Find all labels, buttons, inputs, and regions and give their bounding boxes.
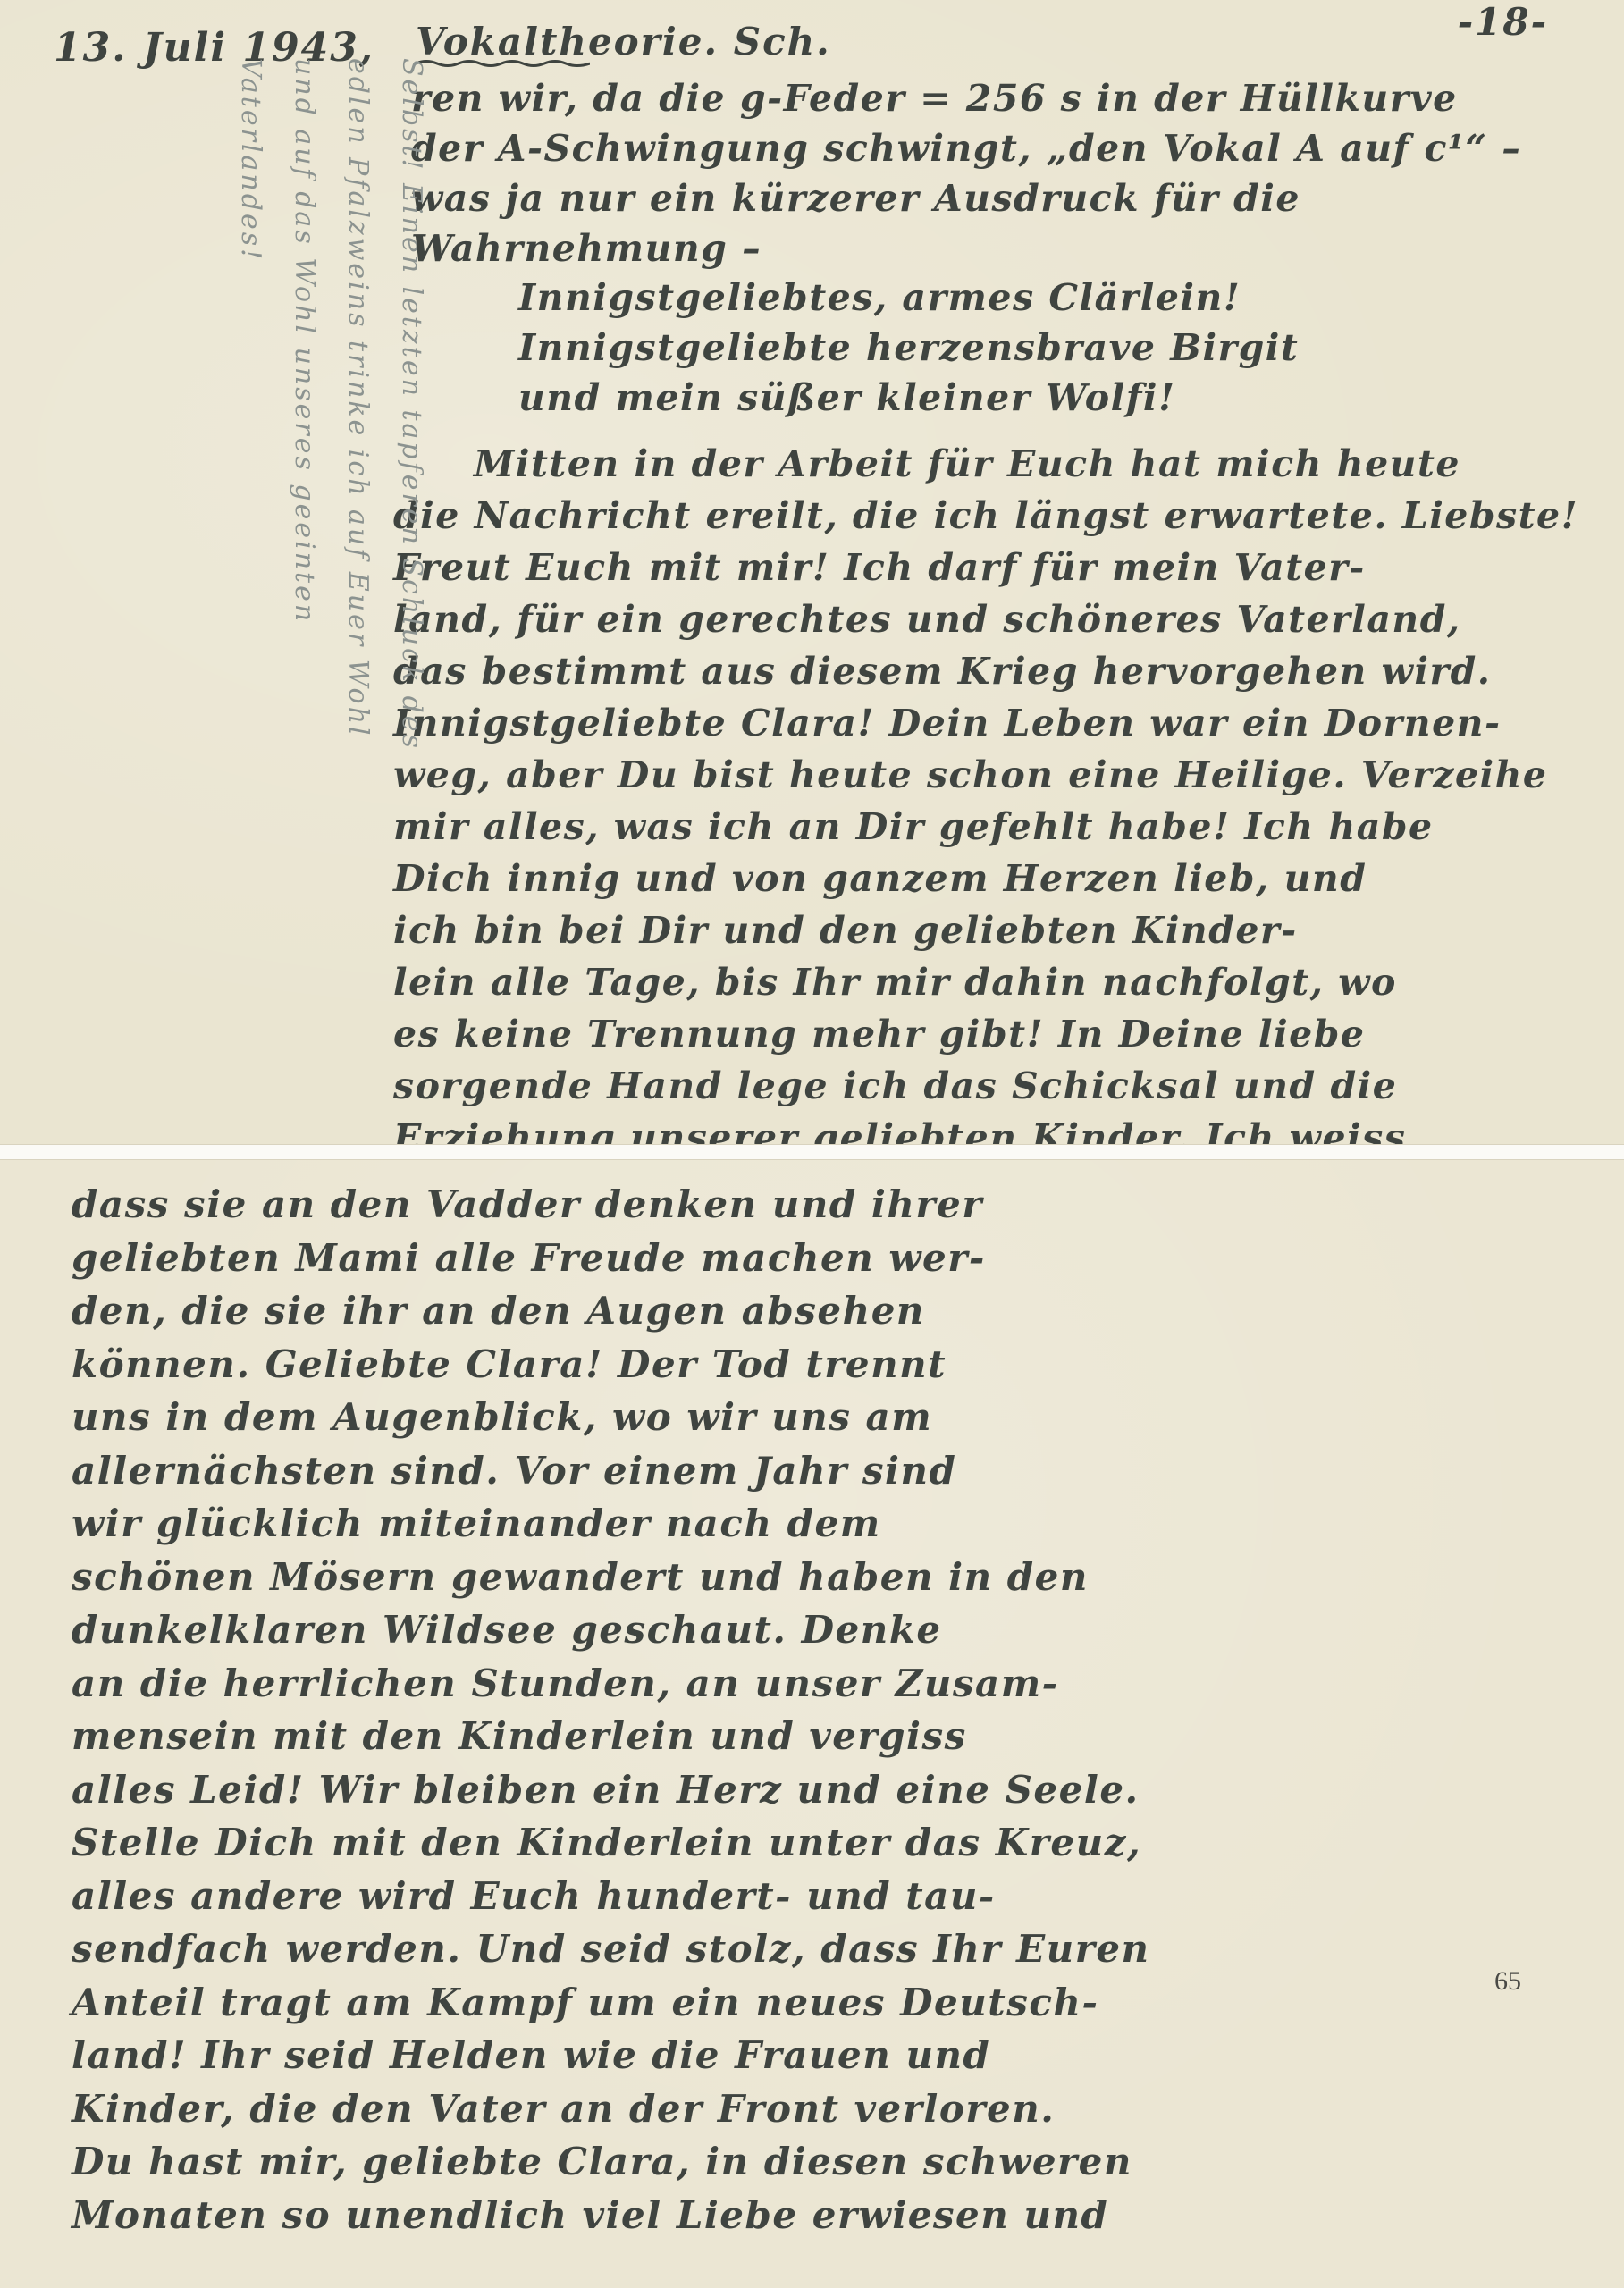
text-line: uns in dem Augenblick, wo wir uns am <box>72 1391 1150 1444</box>
margin-note-line: und auf das Wohl unseres geeinten <box>277 58 331 751</box>
text-line: alles andere wird Euch hundert- und tau- <box>72 1870 1150 1923</box>
text-line: sendfach werden. Und seid stolz, dass Ih… <box>72 1922 1150 1976</box>
text-line: dass sie an den Vadder denken und ihrer <box>72 1178 1150 1232</box>
text-line: land! Ihr seid Helden wie die Frauen und <box>72 2029 1150 2082</box>
text-line: wir glücklich miteinander nach dem <box>72 1497 1150 1551</box>
text-line: Kinder, die den Vater an der Front verlo… <box>72 2082 1150 2136</box>
text-line: mir alles, was ich an Dir gefehlt habe! … <box>393 801 1578 853</box>
text-line: der A-Schwingung schwingt, „den Vokal A … <box>411 123 1521 173</box>
text-line: Freut Euch mit mir! Ich darf für mein Va… <box>393 542 1578 593</box>
text-line: Monaten so unendlich viel Liebe erwiesen… <box>72 2189 1150 2242</box>
text-line: ren wir, da die g-Feder = 256 s in der H… <box>411 73 1521 123</box>
text-line: weg, aber Du bist heute schon eine Heili… <box>393 749 1578 801</box>
printed-page-number: 65 <box>1494 1966 1521 1997</box>
salutation-line: Innigstgeliebtes, armes Clärlein! <box>518 273 1299 323</box>
sheet-separator <box>0 1144 1624 1160</box>
text-line: Innigstgeliebte Clara! Dein Leben war ei… <box>393 697 1578 749</box>
text-line: an die herrlichen Stunden, an unser Zusa… <box>72 1657 1150 1711</box>
text-line: Anteil tragt am Kampf um ein neues Deuts… <box>72 1976 1150 2030</box>
letter-body-bottom: dass sie an den Vadder denken und ihrer … <box>72 1178 1150 2242</box>
text-line: Dich innig und von ganzem Herzen lieb, u… <box>393 853 1578 904</box>
text-line: können. Geliebte Clara! Der Tod trennt <box>72 1338 1150 1392</box>
text-line: geliebten Mami alle Freude machen wer- <box>72 1232 1150 1285</box>
text-line: allernächsten sind. Vor einem Jahr sind <box>72 1444 1150 1498</box>
text-line: lein alle Tage, bis Ihr mir dahin nachfo… <box>393 956 1578 1008</box>
text-line: schönen Mösern gewandert und haben in de… <box>72 1551 1150 1604</box>
text-line: Wahrnehmung – <box>411 223 1521 273</box>
salutation-block: Innigstgeliebtes, armes Clärlein! Innigs… <box>518 273 1299 423</box>
text-line: das bestimmt aus diesem Krieg hervorgehe… <box>393 645 1578 697</box>
letter-heading: Vokaltheorie. Sch. <box>416 20 831 63</box>
text-line: dunkelklaren Wildsee geschaut. Denke <box>72 1603 1150 1657</box>
letter-body-top: Mitten in der Arbeit für Euch hat mich h… <box>393 438 1578 1164</box>
text-line: ich bin bei Dir und den geliebten Kinder… <box>393 904 1578 956</box>
text-line: was ja nur ein kürzerer Ausdruck für die <box>411 173 1521 223</box>
text-line: Du hast mir, geliebte Clara, in diesen s… <box>72 2135 1150 2189</box>
text-line: es keine Trennung mehr gibt! In Deine li… <box>393 1008 1578 1060</box>
margin-note-line: Vaterlandes! <box>223 58 277 751</box>
margin-note-line: edlen Pfalzweins trinke ich auf Euer Woh… <box>331 58 384 751</box>
text-line: Stelle Dich mit den Kinderlein unter das… <box>72 1816 1150 1870</box>
margin-note-line: Selbst! Einen letzten tapferen Schluck d… <box>384 58 438 751</box>
text-line: Mitten in der Arbeit für Euch hat mich h… <box>393 438 1578 490</box>
salutation-line: Innigstgeliebte herzensbrave Birgit <box>518 323 1299 373</box>
text-line: die Nachricht ereilt, die ich längst erw… <box>393 490 1578 542</box>
text-line: sorgende Hand lege ich das Schicksal und… <box>393 1060 1578 1112</box>
text-line: land, für ein gerechtes und schöneres Va… <box>393 593 1578 645</box>
letter-sheet-top: 13. Juli 1943, Vokaltheorie. Sch. -18- r… <box>0 0 1624 1144</box>
handwritten-page-mark: -18- <box>1458 0 1548 44</box>
text-line: mensein mit den Kinderlein und vergiss <box>72 1710 1150 1763</box>
text-line: den, die sie ihr an den Augen absehen <box>72 1284 1150 1338</box>
text-line: alles Leid! Wir bleiben ein Herz und ein… <box>72 1763 1150 1817</box>
salutation-line: und mein süßer kleiner Wolfi! <box>518 373 1299 423</box>
intro-text-block: ren wir, da die g-Feder = 256 s in der H… <box>411 73 1521 273</box>
pencil-margin-note: Selbst! Einen letzten tapferen Schluck d… <box>134 58 474 1041</box>
